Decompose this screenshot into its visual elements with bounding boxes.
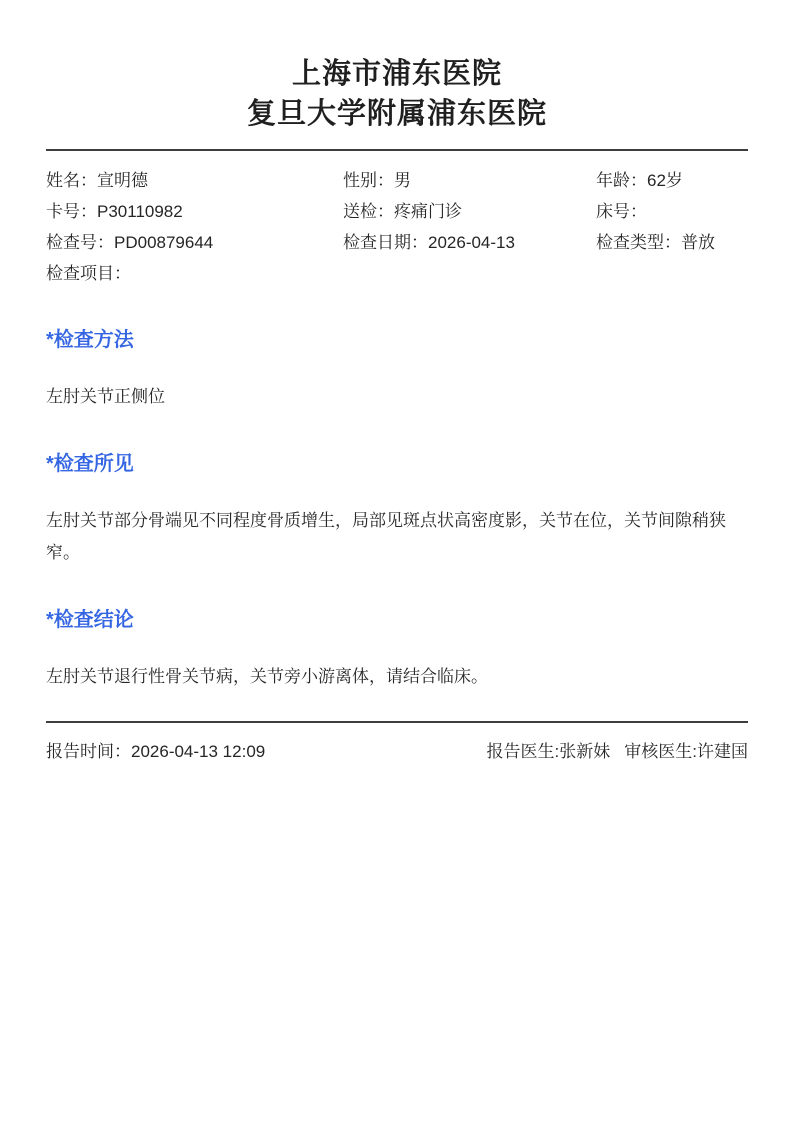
section-exam-method-body: 左肘关节正侧位 (46, 381, 748, 413)
separator: ： (377, 202, 394, 221)
footer-divider (46, 721, 748, 723)
separator: ： (630, 171, 647, 190)
report-time: 报告时间：2026-04-13 12:09 (46, 740, 265, 764)
field-name-value: 宣明德 (97, 171, 148, 190)
separator: ： (411, 233, 428, 252)
field-name-label: 姓名 (46, 171, 80, 190)
field-card-no-label: 卡号 (46, 202, 80, 221)
field-exam-type-value: 普放 (681, 233, 715, 252)
field-exam-type-label: 检查类型 (596, 233, 664, 252)
patient-info-grid: 姓名：宣明德 性别：男 年龄：62岁 卡号：P30110982 送检：疼痛门诊 … (46, 165, 748, 289)
section-exam-method: *检查方法 左肘关节正侧位 (46, 327, 748, 413)
separator: ： (80, 171, 97, 190)
field-referral-value: 疼痛门诊 (394, 202, 462, 221)
field-exam-no-value: PD00879644 (114, 233, 213, 252)
field-exam-date: 检查日期：2026-04-13 (343, 227, 596, 258)
field-exam-type: 检查类型：普放 (596, 227, 748, 258)
hospital-name-primary: 上海市浦东医院 (46, 54, 748, 94)
doctor-signatures: 报告医生:张新妹 审核医生:许建国 (487, 740, 748, 764)
field-bed-no: 床号： (596, 196, 748, 227)
field-bed-no-label: 床号 (596, 202, 630, 221)
report-footer: 报告时间：2026-04-13 12:09 报告医生:张新妹 审核医生:许建国 (46, 740, 748, 764)
separator: ： (630, 202, 647, 221)
header-divider (46, 149, 748, 151)
separator: ： (97, 233, 114, 252)
hospital-name-secondary: 复旦大学附属浦东医院 (46, 94, 748, 134)
field-referral-label: 送检 (343, 202, 377, 221)
field-age: 年龄：62岁 (596, 165, 748, 196)
field-name: 姓名：宣明德 (46, 165, 343, 196)
separator: ： (114, 742, 131, 761)
field-gender: 性别：男 (343, 165, 596, 196)
review-doctor: 审核医生:许建国 (624, 740, 748, 764)
section-exam-method-title: *检查方法 (46, 327, 748, 353)
section-exam-conclusion-body: 左肘关节退行性骨关节病，关节旁小游离体，请结合临床。 (46, 661, 748, 693)
separator: ： (114, 264, 131, 283)
field-card-no-value: P30110982 (97, 202, 183, 221)
separator: ： (377, 171, 394, 190)
report-time-value: 2026-04-13 12:09 (131, 742, 265, 761)
section-exam-conclusion-title: *检查结论 (46, 607, 748, 633)
section-exam-findings: *检查所见 左肘关节部分骨端见不同程度骨质增生，局部见斑点状高密度影，关节在位，… (46, 451, 748, 569)
field-age-value: 62岁 (647, 171, 683, 190)
report-time-label: 报告时间 (46, 742, 114, 761)
report-header: 上海市浦东医院 复旦大学附属浦东医院 (46, 54, 748, 134)
field-exam-item-label: 检查项目 (46, 264, 114, 283)
field-card-no: 卡号：P30110982 (46, 196, 343, 227)
field-age-label: 年龄 (596, 171, 630, 190)
section-exam-findings-body: 左肘关节部分骨端见不同程度骨质增生，局部见斑点状高密度影，关节在位，关节间隙稍狭… (46, 505, 748, 569)
field-exam-item: 检查项目： (46, 258, 343, 289)
report-page: 上海市浦东医院 复旦大学附属浦东医院 姓名：宣明德 性别：男 年龄：62岁 卡号… (0, 0, 794, 1123)
field-exam-date-label: 检查日期 (343, 233, 411, 252)
report-doctor: 报告医生:张新妹 (487, 740, 611, 764)
field-referral: 送检：疼痛门诊 (343, 196, 596, 227)
section-exam-conclusion: *检查结论 左肘关节退行性骨关节病，关节旁小游离体，请结合临床。 (46, 607, 748, 693)
field-exam-no-label: 检查号 (46, 233, 97, 252)
field-exam-date-value: 2026-04-13 (428, 233, 515, 252)
separator: ： (80, 202, 97, 221)
field-gender-label: 性别 (343, 171, 377, 190)
separator: ： (664, 233, 681, 252)
field-exam-no: 检查号：PD00879644 (46, 227, 343, 258)
field-gender-value: 男 (394, 171, 411, 190)
section-exam-findings-title: *检查所见 (46, 451, 748, 477)
